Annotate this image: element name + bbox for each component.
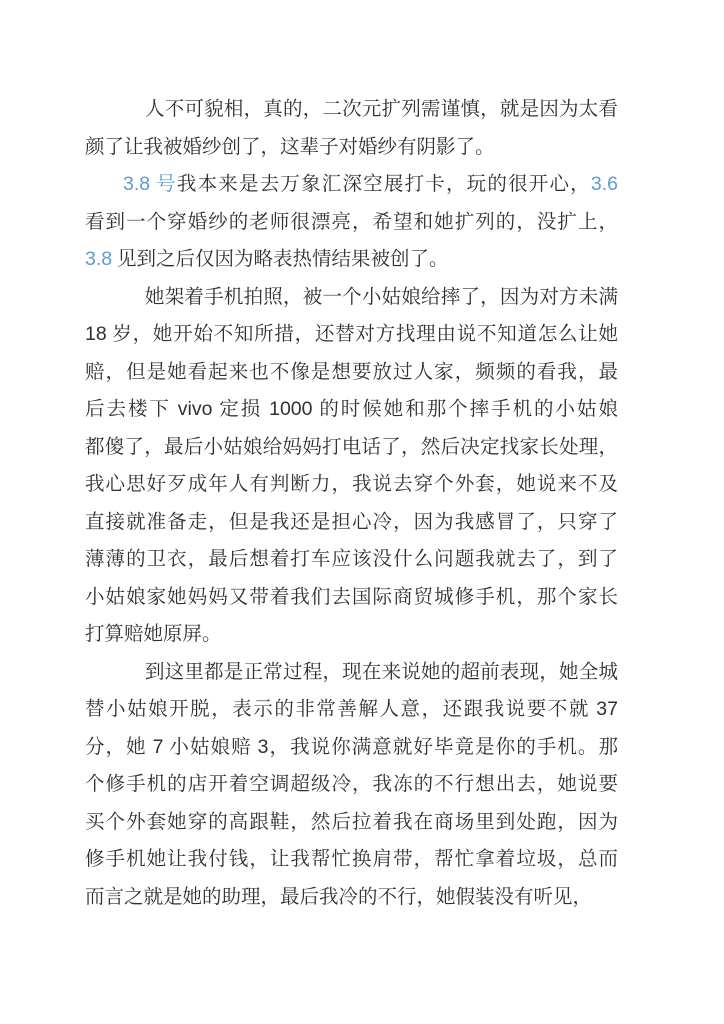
latin-text: 3.8 [85, 248, 112, 270]
text-line: 人不可貌相，真的，二次元扩列需谨慎，就是因为太看 [85, 91, 618, 129]
text-line: 都傻了，最后小姑娘给妈妈打电话了，然后决定找家长处理， [85, 429, 618, 467]
text-line: 到这里都是正常过程，现在来说她的超前表现，她全城 [85, 654, 618, 692]
document-page: 人不可貌相，真的，二次元扩列需谨慎，就是因为太看颜了让我被婚纱创了，这辈子对婚纱… [85, 91, 618, 916]
latin-text: 3 [258, 736, 269, 758]
date-link[interactable]: 3.8 号 [123, 174, 177, 195]
text-line: 分，她 7 小姑娘赔 3，我说你满意就好毕竟是你的手机。那 [85, 729, 618, 767]
latin-text: 3.8 [123, 173, 150, 195]
text-line: 个修手机的店开着空调超级冷，我冻的不行想出去，她说要 [85, 766, 618, 804]
text-segment: 赔，但是她看起来也不像是想要放过人家，频频的看我，最 [85, 362, 618, 383]
text-segment: 18 岁，她开始不知所措，还替对方找理由说不知道怎么让她 [85, 324, 618, 345]
text-segment: 个修手机的店开着空调超级冷，我冻的不行想出去，她说要 [85, 774, 618, 795]
text-line: 而言之就是她的助理，最后我冷的不行，她假装没有听见， [85, 879, 618, 917]
text-segment: 我本来是去万象汇深空展打卡，玩的很开心， [177, 174, 591, 195]
text-line: 看到一个穿婚纱的老师很漂亮，希望和她扩列的，没扩上， [85, 204, 618, 242]
text-segment: 打算赔她原屏。 [85, 624, 222, 645]
text-segment: 见到之后仅因为略表热情结果被创了。 [112, 249, 448, 270]
latin-text: 3.6 [591, 173, 618, 195]
date-link[interactable]: 3.6 [591, 174, 618, 195]
screenshot-root: { "page": { "background": "#ffffff", "te… [0, 0, 724, 1024]
text-segment: 到这里都是正常过程，现在来说她的超前表现，她全城 [145, 662, 618, 683]
text-segment: 分，她 7 小姑娘赔 3，我说你满意就好毕竟是你的手机。那 [85, 737, 618, 758]
latin-text: 1000 [269, 398, 312, 420]
text-line: 3.8 见到之后仅因为略表热情结果被创了。 [85, 241, 618, 279]
text-line: 修手机她让我付钱，让我帮忙换肩带，帮忙拿着垃圾，总而 [85, 841, 618, 879]
text-line: 我心思好歹成年人有判断力，我说去穿个外套，她说来不及 [85, 466, 618, 504]
latin-text: 18 [85, 323, 107, 345]
latin-text: 37 [596, 698, 618, 720]
text-line: 3.8 号我本来是去万象汇深空展打卡，玩的很开心，3.6 [85, 166, 618, 204]
text-segment: 颜了让我被婚纱创了，这辈子对婚纱有阴影了。 [85, 137, 495, 158]
text-line: 颜了让我被婚纱创了，这辈子对婚纱有阴影了。 [85, 129, 618, 167]
text-segment: 买个外套她穿的高跟鞋，然后拉着我在商场里到处跑，因为 [85, 812, 618, 833]
text-segment: 看到一个穿婚纱的老师很漂亮，希望和她扩列的，没扩上， [85, 212, 618, 233]
text-segment: 替小姑娘开脱，表示的非常善解人意，还跟我说要不就 37 [85, 699, 618, 720]
text-line: 后去楼下 vivo 定损 1000 的时候她和那个摔手机的小姑娘 [85, 391, 618, 429]
text-segment: 人不可貌相，真的，二次元扩列需谨慎，就是因为太看 [145, 99, 618, 120]
text-line: 打算赔她原屏。 [85, 616, 618, 654]
text-segment: 都傻了，最后小姑娘给妈妈打电话了，然后决定找家长处理， [85, 437, 618, 458]
date-link[interactable]: 3.8 [85, 249, 112, 270]
text-line: 她架着手机拍照，被一个小姑娘给摔了，因为对方未满 [85, 279, 618, 317]
text-line: 买个外套她穿的高跟鞋，然后拉着我在商场里到处跑，因为 [85, 804, 618, 842]
text-line: 18 岁，她开始不知所措，还替对方找理由说不知道怎么让她 [85, 316, 618, 354]
text-segment: 小姑娘家她妈妈又带着我们去国际商贸城修手机，那个家长 [85, 587, 618, 608]
text-segment: 而言之就是她的助理，最后我冷的不行，她假装没有听见， [85, 887, 592, 908]
text-line: 薄薄的卫衣，最后想着打车应该没什么问题我就去了，到了 [85, 541, 618, 579]
text-line: 直接就准备走，但是我还是担心冷，因为我感冒了，只穿了 [85, 504, 618, 542]
text-line: 赔，但是她看起来也不像是想要放过人家，频频的看我，最 [85, 354, 618, 392]
text-segment: 薄薄的卫衣，最后想着打车应该没什么问题我就去了，到了 [85, 549, 618, 570]
text-segment: 我心思好歹成年人有判断力，我说去穿个外套，她说来不及 [85, 474, 618, 495]
latin-text: vivo [178, 398, 213, 420]
text-segment: 修手机她让我付钱，让我帮忙换肩带，帮忙拿着垃圾，总而 [85, 849, 618, 870]
text-segment: 后去楼下 vivo 定损 1000 的时候她和那个摔手机的小姑娘 [85, 399, 618, 420]
text-segment: 她架着手机拍照，被一个小姑娘给摔了，因为对方未满 [145, 287, 618, 308]
text-line: 替小姑娘开脱，表示的非常善解人意，还跟我说要不就 37 [85, 691, 618, 729]
text-segment: 直接就准备走，但是我还是担心冷，因为我感冒了，只穿了 [85, 512, 618, 533]
text-line: 小姑娘家她妈妈又带着我们去国际商贸城修手机，那个家长 [85, 579, 618, 617]
latin-text: 7 [153, 736, 164, 758]
